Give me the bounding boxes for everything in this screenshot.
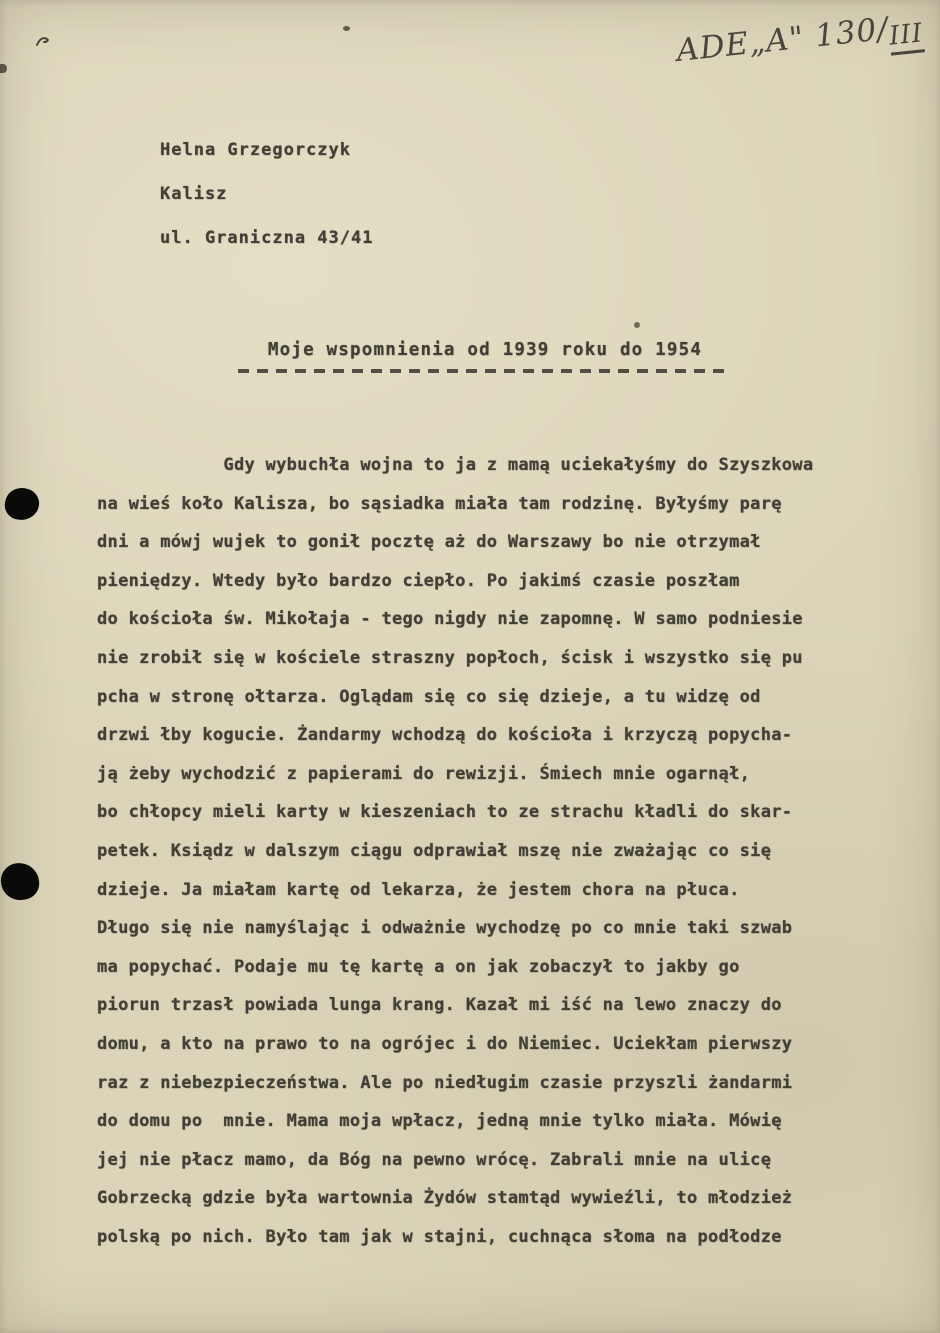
punch-hole-bottom [0, 861, 41, 902]
punch-hole-top [3, 486, 41, 522]
pen-squiggle-mark [34, 34, 52, 54]
edge-ink-mark [0, 64, 7, 73]
document-title: Moje wspomnienia od 1939 roku do 1954 [238, 340, 732, 360]
scanned-document-page: ADE„A" 130/III Helna Grzegorczyk Kalisz … [0, 0, 940, 1333]
annotation-suffix: III [888, 18, 925, 55]
memoir-body-text: Gdy wybuchła wojna to ja z mamą uciekały… [97, 446, 917, 1256]
handwritten-archive-annotation: ADE„A" 130/III [675, 7, 928, 72]
sender-address-block: Helna Grzegorczyk Kalisz ul. Graniczna 4… [160, 128, 373, 260]
ink-speck-top [343, 26, 350, 31]
ink-speck-above-title [634, 322, 640, 328]
document-title-block: Moje wspomnienia od 1939 roku do 1954 [238, 340, 732, 373]
title-underline [238, 369, 732, 373]
annotation-main: ADE„A" 130/ [675, 11, 891, 69]
